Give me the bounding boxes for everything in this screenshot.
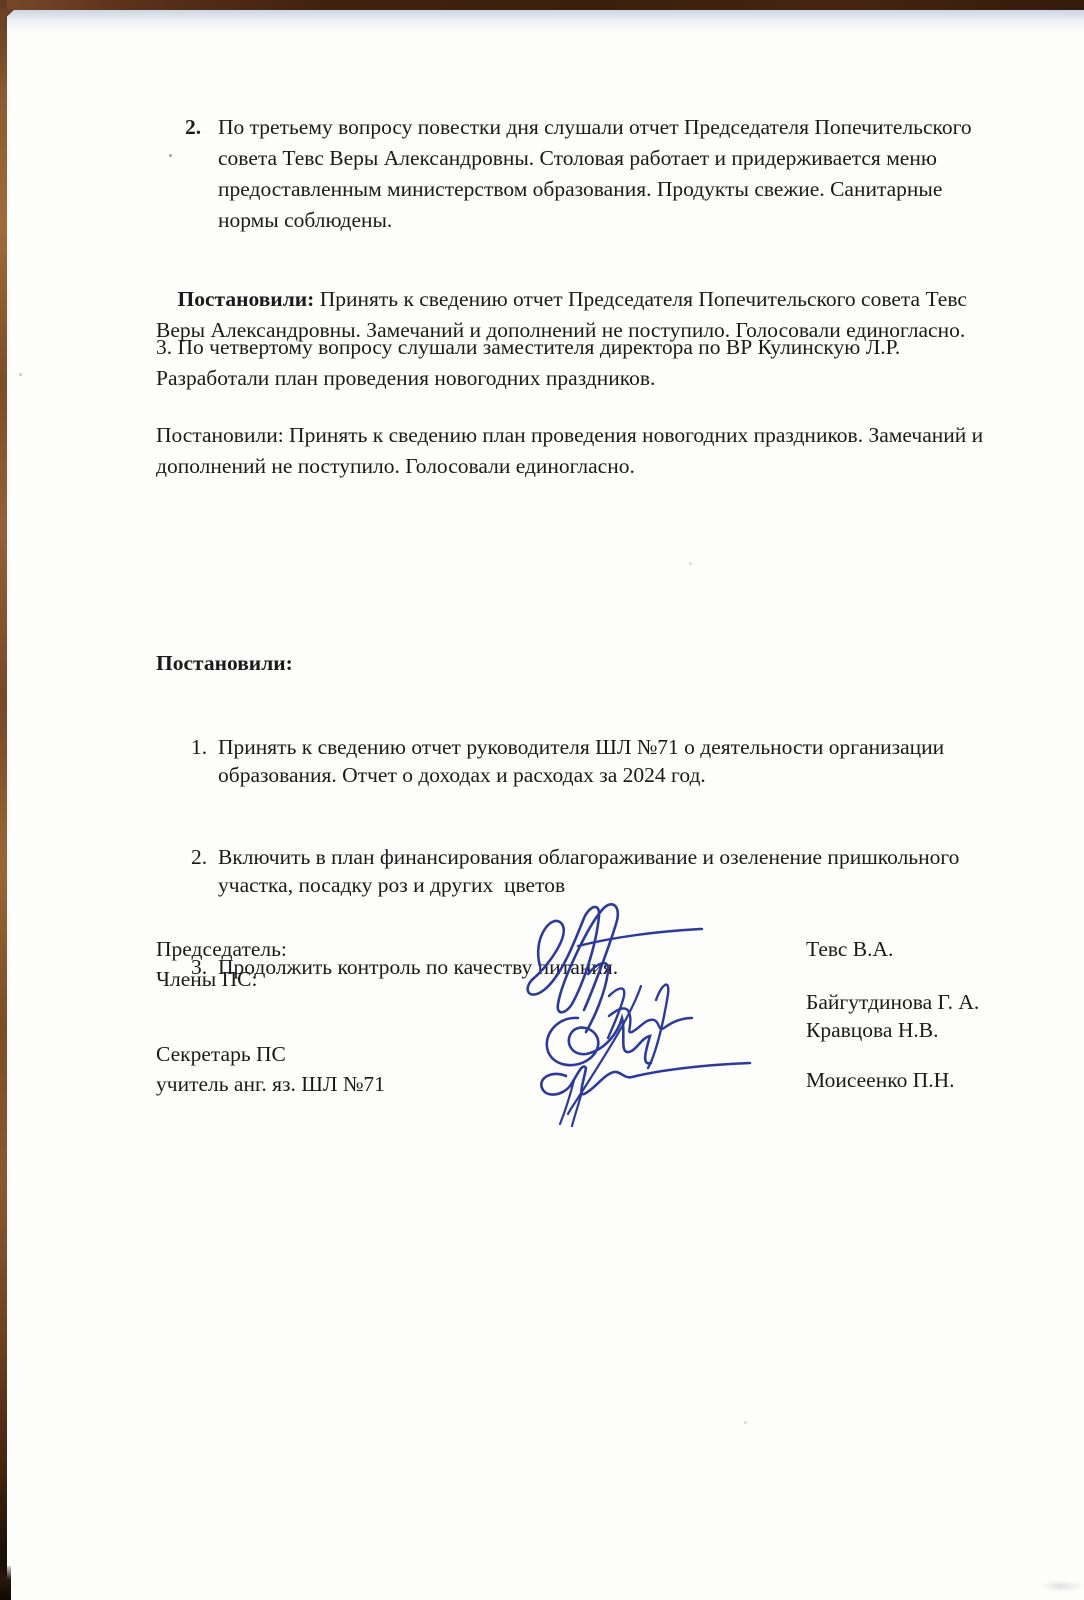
paper-speck [19,373,22,376]
secretary-name: Моисеенко П.Н. [806,1066,955,1094]
scan-corner-bottom-left [0,1566,11,1600]
agenda-item-2-text: По третьему вопросу повестки дня слушали… [218,112,993,236]
scan-edge-left [0,0,7,1600]
agenda-item-2-number: 2. [185,112,218,236]
scanned-document-page: 2. По третьему вопросу повестки дня слуш… [0,0,1084,1600]
scan-smudge-bottom-right [1038,1580,1084,1592]
members-label: Члены ПС: [156,965,257,993]
member-1-name: Байгутдинова Г. А. [806,988,979,1016]
resolution-item-text: Принять к сведению отчет руководителя ШЛ… [218,734,991,789]
secretary-label: Секретарь ПС [156,1040,286,1068]
resolution-item-number: 2. [191,844,218,899]
chairman-name: Тевс В.А. [806,935,893,963]
resolution-item-number: 1. [191,734,218,789]
agenda-item-2: 2. По третьему вопросу повестки дня слуш… [185,112,993,236]
scan-edge-top-shadow [0,10,1084,32]
resolution-list-item: 1. Принять к сведению отчет руководителя… [191,734,991,789]
agenda-item-3-paragraph: 3. По четвертому вопросу слушали замести… [156,332,998,394]
handwritten-signatures [478,866,770,1134]
resolution-1-lead: Постановили: [178,287,315,311]
secretary-role-label: учитель анг. яз. ШЛ №71 [156,1070,385,1098]
scan-edge-top [0,0,1084,10]
paper-speck [744,1421,747,1424]
paper-speck [689,562,692,565]
member-2-name: Кравцова Н.В. [806,1016,938,1044]
chairman-label: Председатель: [156,935,287,963]
paper-speck [169,154,172,157]
scan-corner-top-left [0,9,15,23]
resolutions-heading: Постановили: [156,648,998,679]
resolution-2-paragraph: Постановили: Принять к сведению план про… [156,420,998,482]
